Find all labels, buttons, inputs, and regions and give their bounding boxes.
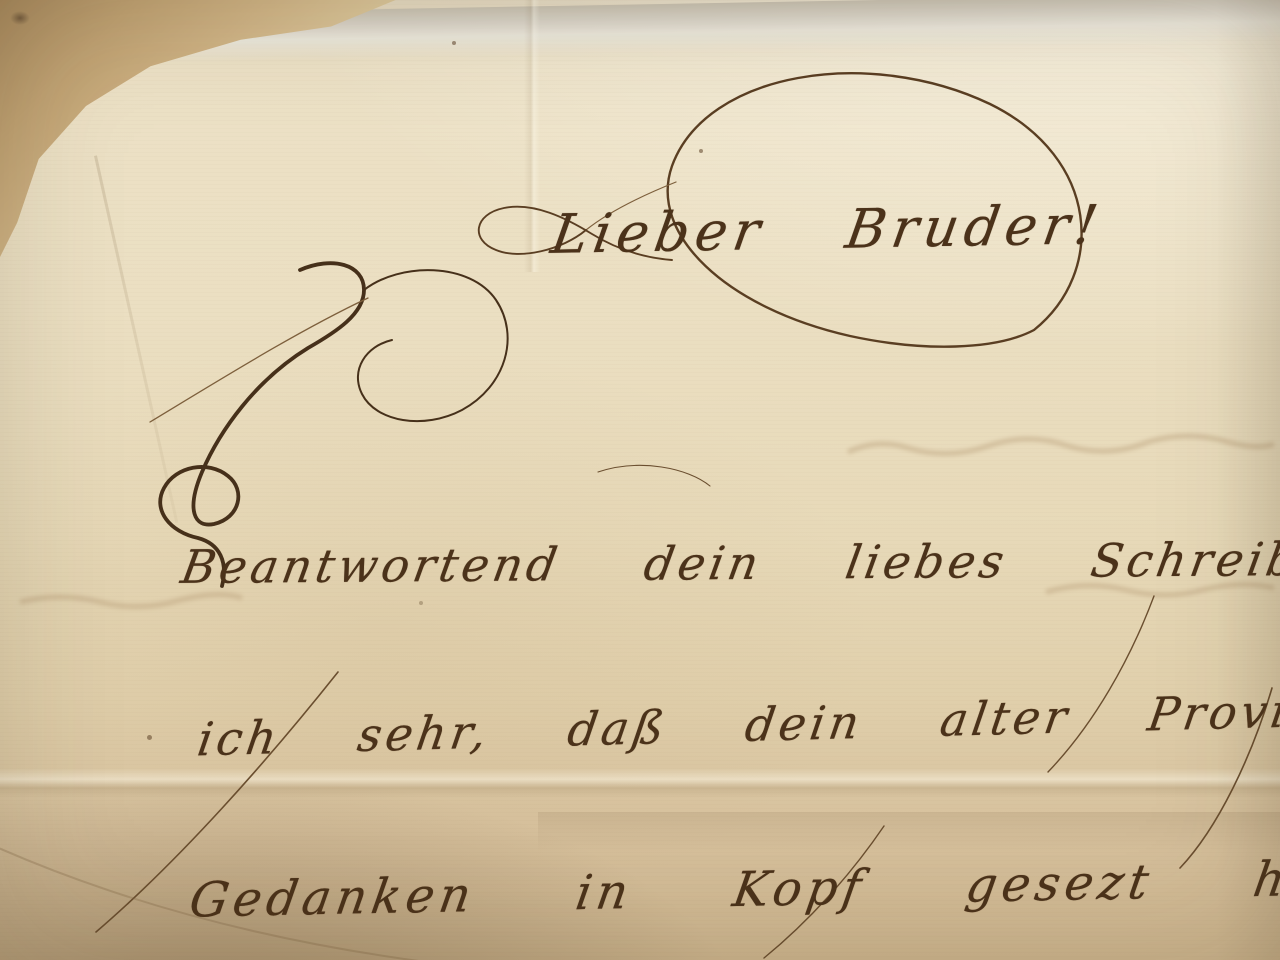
photo-vignette [0, 0, 1280, 960]
photo-of-handwritten-letter: Lieber Bruder! Beantwortend dein liebes … [0, 0, 1280, 960]
